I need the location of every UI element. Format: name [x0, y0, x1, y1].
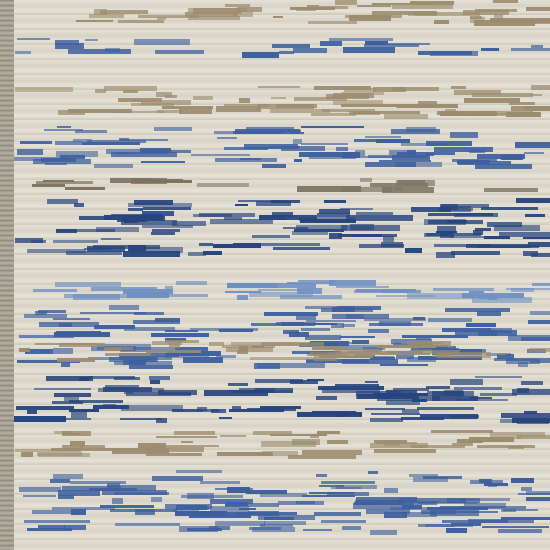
weave-fleck: [174, 431, 215, 435]
weave-fleck: [353, 111, 420, 114]
weave-fleck: [273, 247, 330, 250]
weave-fleck: [532, 283, 550, 286]
weave-fleck: [84, 248, 111, 250]
weave-fleck: [433, 354, 452, 357]
weave-fleck: [371, 413, 420, 416]
weave-fleck: [426, 386, 450, 389]
weave-fleck: [501, 517, 550, 520]
weave-fleck: [226, 347, 273, 352]
weave-fleck: [237, 512, 297, 515]
weave-fleck: [15, 51, 31, 55]
weave-fleck: [379, 160, 431, 162]
weave-fleck: [156, 92, 172, 97]
weave-fleck: [293, 48, 328, 53]
weave-fleck: [442, 520, 508, 523]
weave-fleck: [190, 328, 258, 331]
weave-fleck: [354, 139, 377, 142]
weave-fleck: [128, 245, 146, 251]
weave-fleck: [123, 90, 138, 93]
weave-fleck: [440, 506, 465, 509]
weave-fleck: [297, 186, 362, 192]
weave-fleck: [319, 6, 348, 9]
weave-fleck: [288, 455, 355, 459]
weave-fleck: [469, 149, 485, 153]
weave-fleck: [318, 386, 384, 389]
weave-fleck: [493, 0, 518, 3]
weave-fleck: [434, 20, 449, 24]
weave-fleck: [346, 215, 413, 220]
weave-fleck: [176, 281, 206, 285]
weave-fleck: [401, 417, 444, 420]
weave-fleck: [53, 474, 83, 479]
weave-fleck: [109, 305, 139, 309]
weave-fleck: [215, 158, 277, 161]
weave-fleck: [247, 408, 297, 410]
weave-fleck: [238, 200, 281, 202]
weave-fleck: [15, 87, 73, 92]
weave-fleck: [461, 506, 526, 509]
weave-fleck: [128, 203, 193, 206]
weave-fleck: [19, 348, 31, 352]
weave-fleck: [115, 523, 179, 525]
weave-fleck: [129, 365, 172, 370]
weave-fleck: [216, 106, 261, 112]
weave-fleck: [490, 18, 550, 23]
weave-fleck: [393, 388, 430, 391]
weave-fleck: [146, 350, 201, 353]
weave-fleck: [434, 244, 491, 248]
weave-fleck: [65, 187, 105, 191]
weave-fleck: [418, 524, 455, 528]
weave-fleck: [56, 229, 77, 233]
weave-fleck: [239, 388, 275, 393]
weave-fleck: [381, 242, 403, 247]
weave-fleck: [33, 289, 77, 293]
weave-fleck: [431, 430, 493, 433]
weave-fleck: [55, 43, 84, 49]
weave-fleck: [235, 129, 299, 134]
weave-fleck: [383, 236, 394, 241]
weave-fleck: [508, 446, 524, 449]
weave-fleck: [518, 493, 550, 495]
weave-fleck: [191, 154, 250, 156]
weave-fleck: [156, 436, 217, 438]
weave-fleck: [482, 526, 549, 528]
weave-fleck: [469, 437, 513, 442]
weave-fleck: [405, 248, 421, 254]
weave-fleck: [197, 183, 248, 187]
weave-fleck: [454, 213, 498, 217]
weave-fleck: [123, 251, 180, 257]
weave-fleck: [376, 295, 435, 297]
weave-fleck: [296, 314, 316, 320]
weave-fleck: [157, 110, 183, 112]
weave-fleck: [106, 149, 167, 154]
weave-fleck: [314, 512, 362, 516]
weave-fleck: [32, 184, 65, 187]
weave-fleck: [85, 39, 98, 41]
weave-fleck: [511, 48, 550, 51]
weave-fleck: [254, 283, 316, 288]
weave-fleck: [379, 321, 412, 326]
weave-fleck: [237, 350, 248, 354]
weave-fleck: [100, 10, 148, 14]
weave-fleck: [283, 330, 299, 334]
weave-fleck: [105, 385, 139, 390]
weave-fleck: [523, 237, 550, 240]
weave-fleck: [524, 106, 550, 111]
weave-fleck: [19, 335, 74, 337]
weave-fleck: [413, 477, 447, 483]
weave-fleck: [151, 333, 209, 337]
weave-fleck: [452, 443, 474, 446]
weave-fleck: [521, 487, 531, 492]
weave-fleck: [333, 100, 383, 105]
weave-fleck: [526, 497, 550, 501]
weave-fleck: [317, 431, 340, 433]
weave-fleck: [169, 343, 180, 348]
weave-fleck: [53, 318, 90, 320]
weave-fleck: [128, 208, 144, 211]
weave-fleck: [216, 355, 236, 358]
weave-fleck: [311, 113, 356, 116]
weave-fleck: [259, 215, 317, 219]
weave-fleck: [142, 225, 193, 228]
weave-fleck: [521, 381, 543, 385]
weave-fleck: [17, 38, 50, 40]
weave-fleck: [62, 433, 79, 436]
weave-fleck: [239, 98, 250, 102]
weave-fleck: [74, 203, 84, 207]
weave-fleck: [321, 308, 374, 312]
weave-fleck: [38, 310, 67, 313]
weave-fleck: [481, 48, 499, 51]
weave-fleck: [80, 312, 146, 314]
weave-fleck: [511, 478, 535, 483]
weave-fleck: [355, 500, 402, 505]
weave-fleck: [352, 340, 368, 344]
weave-fleck: [321, 520, 366, 523]
weave-fleck: [58, 495, 74, 499]
weave-fleck: [335, 0, 357, 5]
weave-fleck: [155, 50, 204, 54]
weave-fleck: [374, 449, 436, 454]
weave-fleck: [408, 11, 438, 16]
weave-fleck: [301, 143, 349, 145]
weave-fleck: [365, 136, 401, 138]
weave-fleck: [118, 20, 165, 23]
weave-fleck: [529, 348, 550, 352]
weave-fleck: [279, 51, 294, 54]
weave-fleck: [523, 251, 538, 255]
weave-fleck: [360, 178, 372, 182]
weave-fleck: [105, 48, 120, 53]
weave-fleck: [355, 150, 365, 156]
weave-fleck: [75, 130, 107, 132]
weave-fleck: [39, 322, 99, 327]
weave-fleck: [386, 390, 417, 392]
weave-fleck: [324, 200, 346, 203]
weave-fleck: [512, 389, 550, 395]
weave-fleck: [336, 147, 348, 150]
weave-fleck: [292, 439, 320, 445]
weave-fleck: [31, 240, 46, 243]
weave-fleck: [162, 106, 213, 109]
weave-fleck: [213, 244, 233, 249]
weave-fleck: [294, 159, 302, 162]
weave-fleck: [446, 528, 467, 533]
weave-fleck: [220, 435, 246, 437]
weave-fleck: [146, 453, 202, 456]
weave-fleck: [133, 320, 179, 324]
weave-fleck: [252, 235, 290, 238]
weave-fleck: [461, 498, 511, 502]
weave-fleck: [183, 357, 223, 363]
weave-fleck: [370, 530, 398, 536]
weave-fleck: [526, 7, 550, 12]
weave-fleck: [404, 512, 437, 517]
weave-fleck: [531, 94, 541, 96]
weave-fleck: [24, 520, 90, 524]
weave-fleck: [494, 358, 550, 361]
weave-fleck: [305, 335, 341, 340]
weave-fleck: [46, 376, 93, 381]
weave-fleck: [382, 187, 434, 192]
weave-fleck: [312, 411, 356, 413]
weave-fleck: [210, 499, 253, 503]
weave-fleck: [20, 141, 52, 145]
weave-fleck: [217, 137, 237, 139]
weave-fleck: [94, 164, 133, 169]
weave-fleck: [253, 431, 292, 435]
weave-fleck: [516, 198, 550, 203]
weave-fleck: [327, 492, 369, 495]
weave-fleck: [479, 295, 492, 298]
weave-fleck: [158, 390, 197, 395]
weave-fleck: [57, 126, 71, 128]
weave-fleck: [89, 376, 135, 379]
weave-fleck: [101, 238, 122, 241]
weave-fleck: [342, 324, 355, 328]
weave-fleck: [165, 286, 173, 291]
weave-fleck: [316, 474, 327, 476]
weave-fleck: [141, 161, 185, 163]
weave-fleck: [407, 357, 436, 362]
weave-fleck: [368, 329, 389, 333]
weave-fleck: [475, 9, 517, 12]
weave-fleck: [524, 152, 544, 154]
weave-fleck: [64, 294, 128, 298]
weave-fleck: [447, 220, 467, 224]
weave-fleck: [302, 450, 363, 454]
weave-fleck: [27, 249, 87, 253]
weave-fleck: [384, 114, 428, 119]
weave-fleck: [27, 410, 37, 414]
weave-fleck: [14, 157, 66, 161]
weave-fleck: [102, 490, 167, 495]
weave-fleck: [34, 388, 91, 391]
weave-fleck: [329, 233, 342, 239]
weave-fleck: [135, 509, 155, 515]
weave-fleck: [354, 290, 408, 293]
weave-fleck: [525, 214, 545, 217]
weave-fleck: [87, 140, 146, 143]
weave-fleck: [365, 381, 378, 383]
weave-fleck: [515, 142, 550, 148]
weave-fleck: [320, 41, 342, 47]
weave-fleck: [401, 143, 448, 146]
weave-fleck: [343, 47, 395, 53]
weave-fleck: [395, 162, 442, 167]
weave-fleck: [16, 406, 74, 410]
weave-fleck: [329, 280, 376, 286]
weave-fleck: [426, 233, 481, 236]
weave-fleck: [58, 110, 84, 114]
weave-fleck: [428, 318, 473, 321]
weave-fleck: [470, 480, 503, 484]
weave-fleck: [319, 355, 373, 358]
weave-fleck: [445, 308, 509, 313]
weave-fleck: [481, 207, 538, 210]
weave-fleck: [528, 320, 550, 324]
weave-fleck: [222, 345, 276, 347]
weave-fleck: [153, 294, 208, 297]
weave-fleck: [19, 487, 61, 492]
weave-fleck: [413, 317, 426, 319]
weave-fleck: [151, 497, 162, 502]
weave-fleck: [391, 129, 440, 134]
weave-fleck: [104, 215, 163, 220]
weave-fleck: [188, 16, 240, 20]
weave-fleck: [357, 5, 391, 7]
weave-fleck: [254, 363, 279, 368]
weave-fleck: [68, 49, 131, 54]
weave-fleck: [200, 481, 240, 484]
weave-fleck: [506, 288, 550, 290]
weave-fleck: [296, 7, 316, 12]
weave-fleck: [509, 102, 535, 104]
weave-fleck: [370, 418, 403, 423]
weave-fleck: [501, 509, 515, 512]
rug-edge: [0, 0, 14, 550]
weave-fleck: [498, 353, 506, 355]
weave-fleck: [342, 526, 361, 529]
weave-fleck: [433, 288, 495, 292]
weave-fleck: [250, 357, 316, 360]
weave-fleck: [105, 353, 150, 356]
weave-fleck: [450, 379, 484, 385]
weave-fleck: [450, 132, 478, 138]
weave-fleck: [50, 479, 70, 483]
weave-fleck: [38, 453, 90, 457]
weave-fleck: [475, 376, 522, 378]
weave-fleck: [517, 435, 550, 439]
weave-fleck: [89, 14, 124, 18]
weave-fleck: [278, 501, 324, 505]
weave-fleck: [242, 52, 279, 58]
weave-fleck: [444, 390, 463, 396]
weave-fleck: [365, 408, 405, 410]
weave-fleck: [308, 21, 357, 24]
weave-fleck: [276, 104, 317, 108]
weave-fleck: [112, 498, 123, 503]
weave-fleck: [454, 90, 502, 95]
weave-fleck: [110, 178, 152, 183]
weave-fleck: [53, 240, 98, 243]
weave-fleck: [271, 97, 286, 99]
weave-fleck: [181, 495, 243, 497]
weave-fleck: [336, 411, 348, 415]
weave-fleck: [307, 379, 324, 381]
weave-fleck: [531, 85, 550, 90]
weave-fleck: [209, 342, 224, 346]
weave-fleck: [273, 16, 283, 18]
weave-fleck: [228, 383, 248, 386]
weave-fleck: [175, 511, 226, 516]
weave-fleck: [70, 441, 85, 447]
weave-fleck: [258, 452, 269, 457]
weave-fleck: [352, 234, 397, 237]
weave-fleck: [156, 418, 167, 423]
weave-fleck: [301, 328, 329, 331]
weave-fleck: [176, 505, 206, 510]
weave-fleck: [258, 86, 300, 89]
rug-photo: [0, 0, 550, 550]
weave-fleck: [52, 401, 84, 404]
weave-fleck: [410, 1, 454, 6]
weave-fleck: [32, 510, 78, 514]
weave-fleck: [418, 101, 437, 106]
weave-fleck: [143, 207, 191, 210]
weave-fleck: [341, 225, 400, 231]
weave-fleck: [260, 493, 307, 496]
weave-fleck: [199, 243, 212, 246]
weave-fleck: [501, 413, 550, 418]
weave-fleck: [392, 87, 439, 91]
weave-fleck: [59, 343, 105, 347]
weave-fleck: [484, 188, 538, 192]
weave-fleck: [512, 418, 550, 424]
weave-fleck: [103, 404, 117, 408]
weave-fleck: [91, 287, 157, 291]
weave-fleck: [203, 251, 222, 255]
weave-fleck: [21, 452, 33, 457]
weave-fleck: [506, 112, 542, 117]
weave-fleck: [219, 417, 233, 419]
weave-fleck: [396, 180, 435, 186]
weave-fleck: [310, 435, 319, 438]
weave-fleck: [494, 225, 540, 230]
weave-fleck: [193, 214, 232, 217]
weave-fleck: [346, 314, 364, 319]
weave-fleck: [451, 251, 500, 256]
weave-fleck: [224, 104, 270, 106]
weave-fleck: [53, 348, 74, 354]
weave-fleck: [466, 323, 496, 327]
weave-fleck: [76, 20, 113, 22]
weave-fleck: [340, 208, 374, 211]
weave-fleck: [193, 96, 213, 101]
weave-fleck: [281, 146, 325, 151]
weave-fleck: [297, 288, 322, 293]
weave-fleck: [172, 409, 219, 412]
weave-fleck: [118, 98, 162, 102]
weave-fleck: [105, 347, 133, 351]
weave-fleck: [57, 358, 95, 362]
weave-fleck: [488, 485, 497, 488]
weave-fleck: [286, 323, 336, 325]
weave-fleck: [233, 243, 261, 248]
